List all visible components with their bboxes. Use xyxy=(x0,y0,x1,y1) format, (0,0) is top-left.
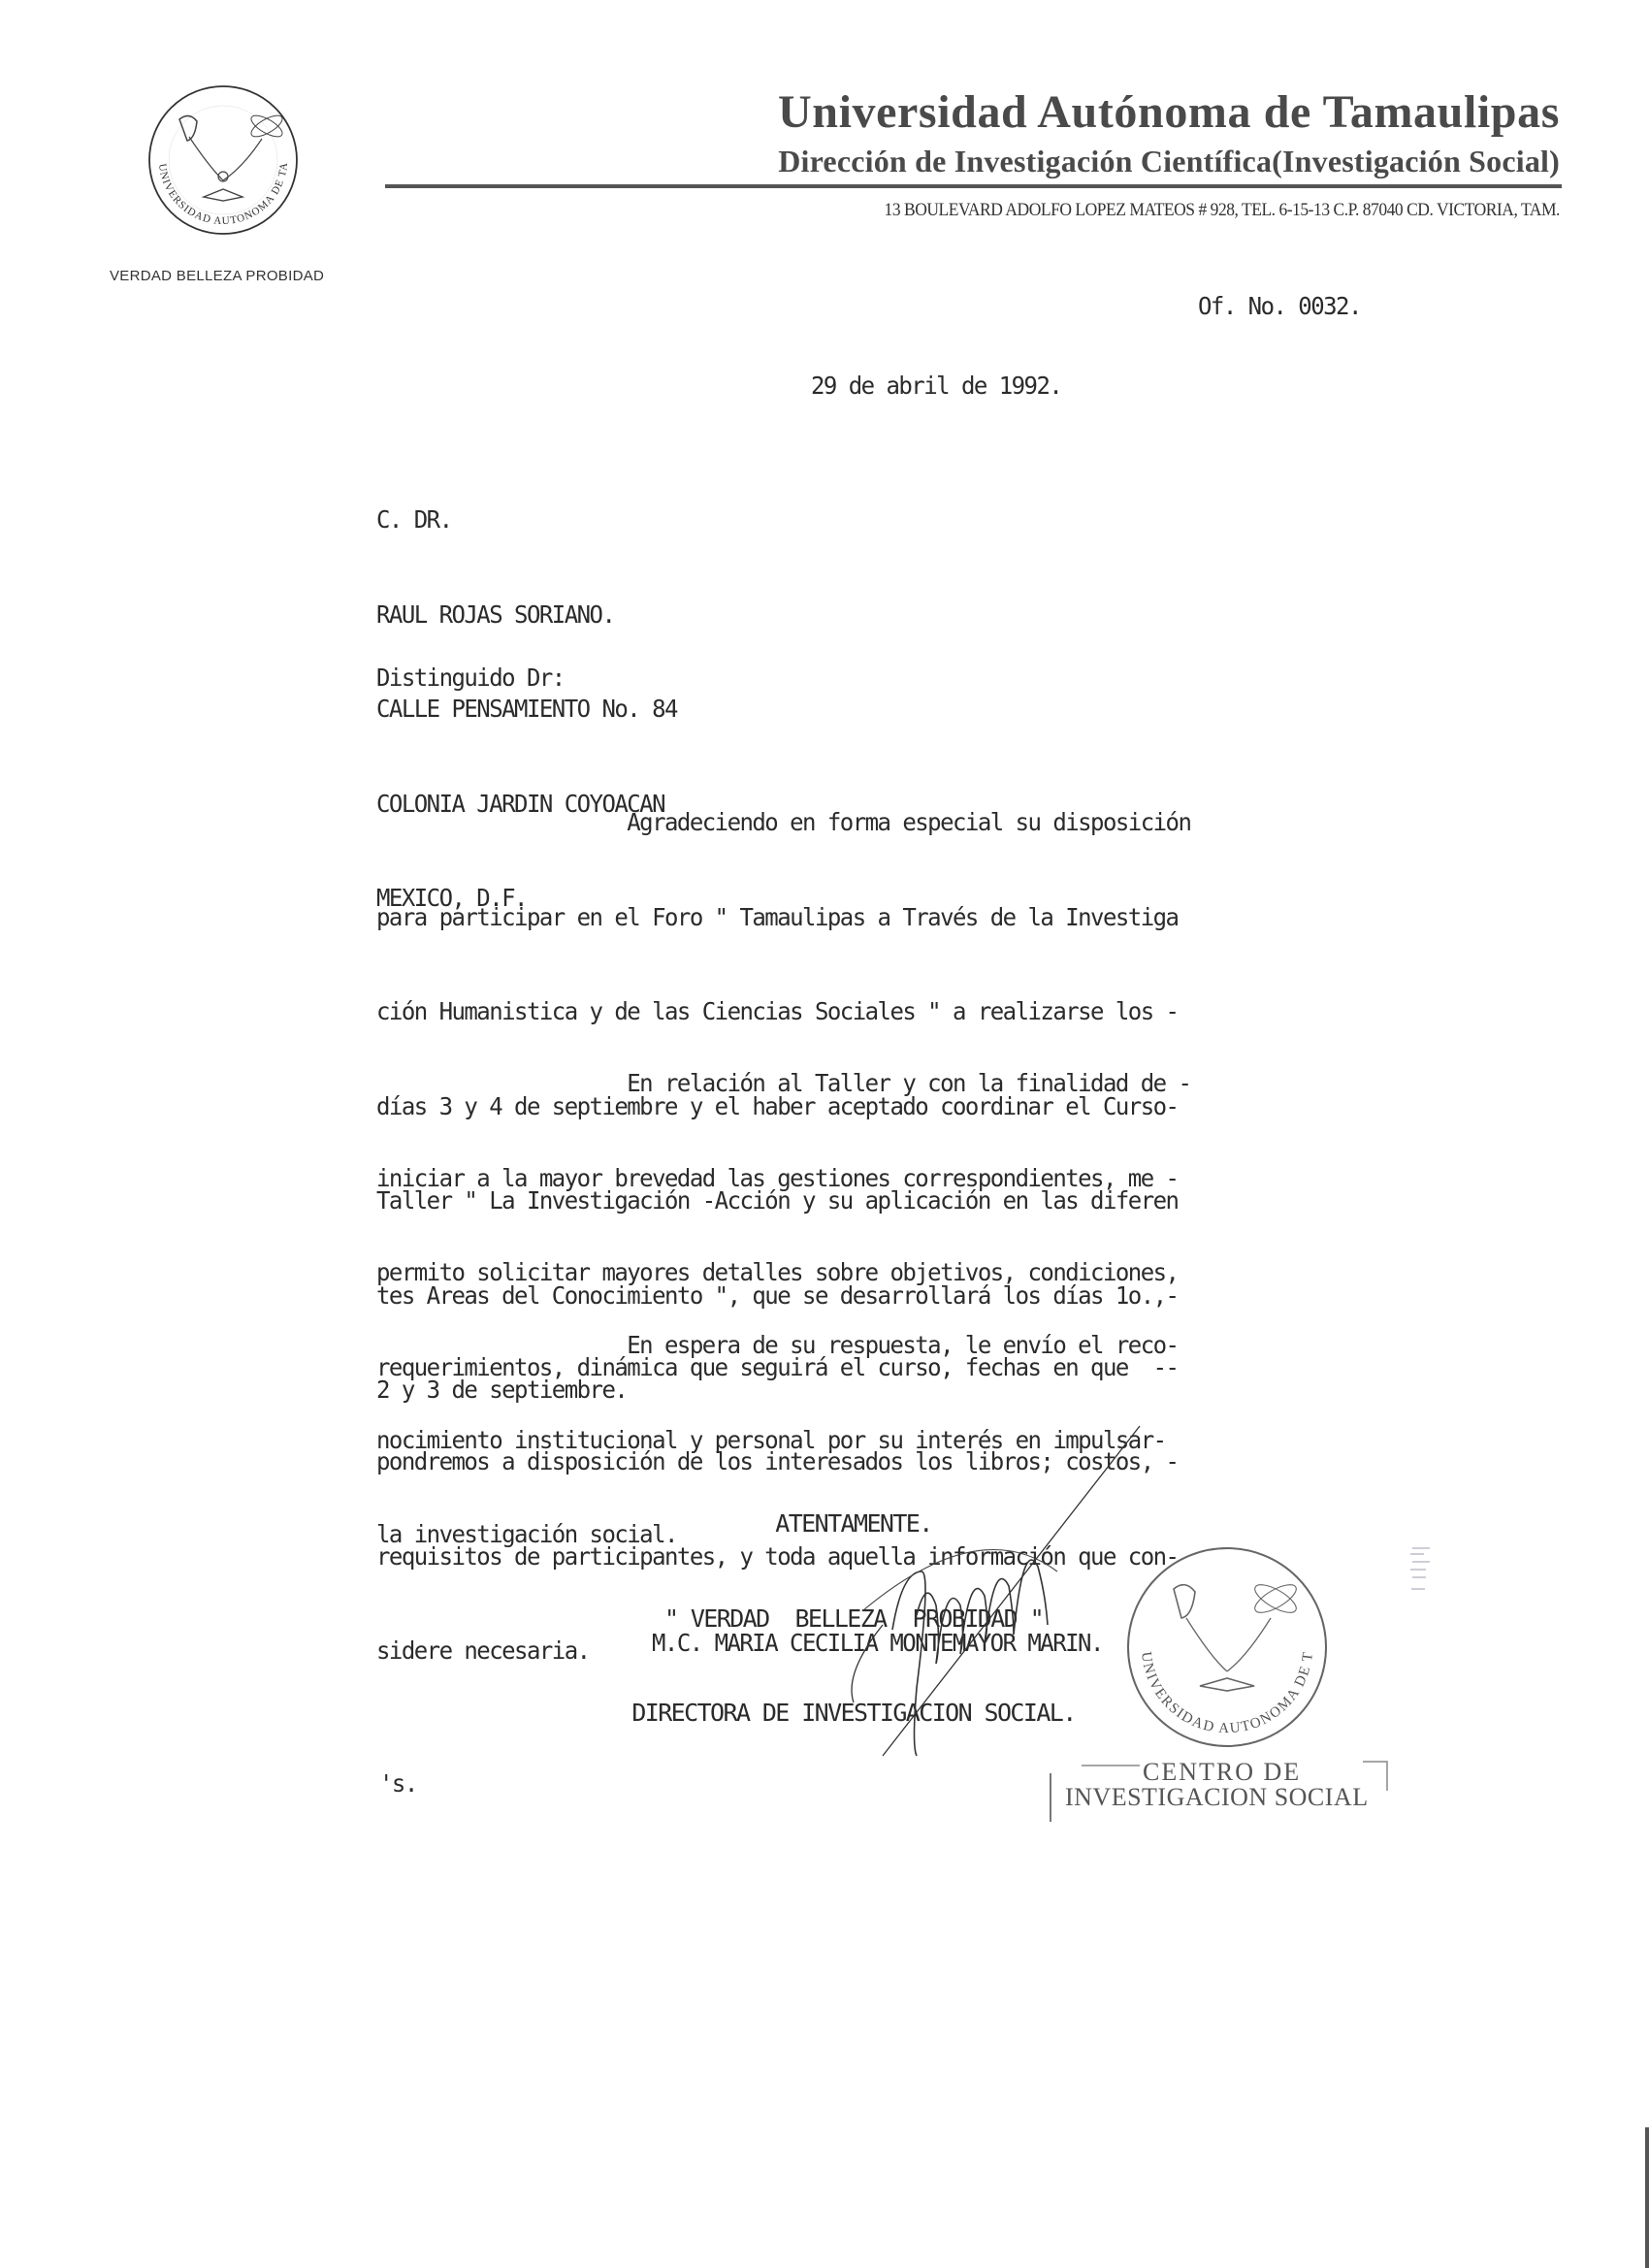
ink-smudge-icon xyxy=(1406,1542,1436,1601)
letter-date: 29 de abril de 1992. xyxy=(811,371,1061,403)
university-name: Universidad Autónoma de Tamaulipas xyxy=(778,85,1560,139)
handwritten-signature-icon xyxy=(824,1421,1154,1770)
header-divider xyxy=(385,184,1562,188)
letterhead-address: 13 BOULEVARD ADOLFO LOPEZ MATEOS # 928, … xyxy=(885,200,1560,221)
typist-initials: 's. xyxy=(379,1768,417,1800)
department-name: Dirección de Investigación Científica(In… xyxy=(778,144,1560,179)
paragraph-line: iniciar a la mayor brevedad las gestione… xyxy=(376,1163,1190,1195)
university-seal-icon: UNIVERSIDAD AUTONOMA DE TAMAULIPAS xyxy=(126,82,325,238)
paragraph-line: En espera de su respuesta, le envío el r… xyxy=(376,1330,1178,1362)
stamp-line-2: INVESTIGACION SOCIAL xyxy=(1065,1783,1369,1812)
university-motto: VERDAD BELLEZA PROBIDAD xyxy=(110,268,324,284)
recipient-line: C. DR. xyxy=(376,504,677,536)
paragraph-line: para participar en el Foro " Tamaulipas … xyxy=(376,902,1190,934)
salutation: Distinguido Dr: xyxy=(376,663,565,695)
university-seal-stamp-icon: UNIVERSIDAD AUTONOMA DE TAMAULIPAS xyxy=(1120,1545,1334,1749)
paragraph-line: Agradeciendo en forma especial su dispos… xyxy=(376,807,1190,839)
office-number: Of. No. 0032. xyxy=(1198,291,1361,323)
paragraph-line: En relación al Taller y con la finalidad… xyxy=(376,1068,1190,1100)
scan-edge xyxy=(1645,2127,1649,2268)
recipient-line: RAUL ROJAS SORIANO. xyxy=(376,599,677,632)
svg-text:UNIVERSIDAD AUTONOMA DE TAMAUL: UNIVERSIDAD AUTONOMA DE TAMAULIPAS xyxy=(126,82,290,227)
recipient-line: CALLE PENSAMIENTO No. 84 xyxy=(376,694,677,726)
